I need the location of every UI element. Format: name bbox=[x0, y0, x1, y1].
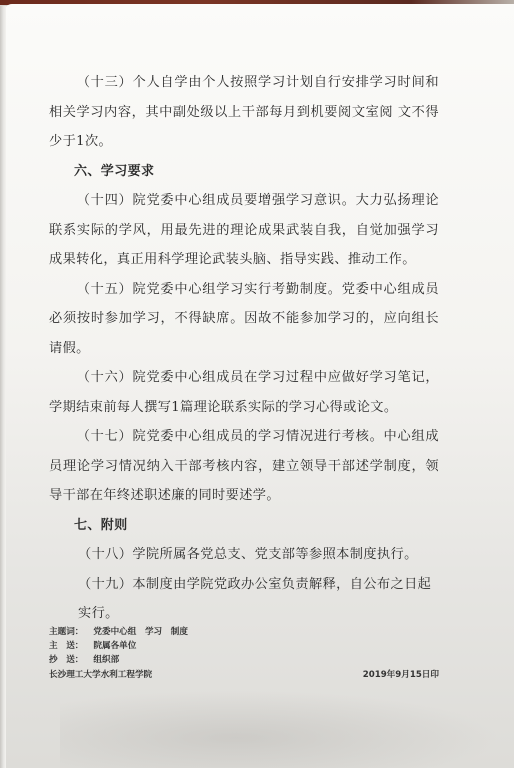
keywords-row: 主题词： 党委中心组 学习 制度 bbox=[49, 625, 439, 639]
print-date: 2019年9月15日印 bbox=[363, 668, 439, 682]
send-to-label: 主 送： bbox=[49, 639, 83, 653]
paragraph-19: （十九）本制度由学院党政办公室负责解释，自公布之日起实行。 bbox=[49, 570, 439, 629]
document-footer: 主题词： 党委中心组 学习 制度 主 送： 院属各单位 抄 送： 组织部 长沙理… bbox=[49, 625, 439, 682]
paragraph-14: （十四）院党委中心组成员要增强学习意识。大力弘扬理论联系实际的学风，用最先进的理… bbox=[49, 186, 439, 275]
send-to-row: 主 送： 院属各单位 bbox=[49, 639, 439, 653]
section-heading-6: 六、学习要求 bbox=[49, 157, 439, 187]
section-heading-7: 七、附则 bbox=[49, 511, 439, 541]
paragraph-16: （十六）院党委中心组成员在学习过程中应做好学习笔记，学期结束前每人撰写1篇理论联… bbox=[49, 363, 439, 422]
paragraph-18: （十八）学院所属各党总支、党支部等参照本制度执行。 bbox=[49, 540, 439, 570]
cc-label: 抄 送： bbox=[49, 653, 83, 667]
cc-value: 组织部 bbox=[93, 653, 119, 667]
paragraph-15: （十五）院党委中心组学习实行考勤制度。党委中心组成员必须按时参加学习，不得缺席。… bbox=[49, 275, 439, 364]
paragraph-17: （十七）院党委中心组成员的学习情况进行考核。中心组成员理论学习情况纳入干部考核内… bbox=[49, 422, 439, 511]
cc-row: 抄 送： 组织部 bbox=[49, 653, 439, 667]
keywords-label: 主题词： bbox=[49, 625, 83, 639]
paragraph-13: （十三）个人自学由个人按照学习计划自行安排学习时间和相关学习内容，其中副处级以上… bbox=[49, 68, 439, 157]
keywords-value: 党委中心组 学习 制度 bbox=[93, 625, 188, 639]
issuer-row: 长沙理工大学水利工程学院 2019年9月15日印 bbox=[49, 668, 439, 682]
page-left-edge bbox=[0, 6, 6, 768]
issuer-name: 长沙理工大学水利工程学院 bbox=[49, 668, 152, 682]
document-body: （十三）个人自学由个人按照学习计划自行安排学习时间和相关学习内容，其中副处级以上… bbox=[49, 68, 439, 629]
photo-shadow bbox=[60, 690, 500, 768]
send-to-value: 院属各单位 bbox=[93, 639, 136, 653]
